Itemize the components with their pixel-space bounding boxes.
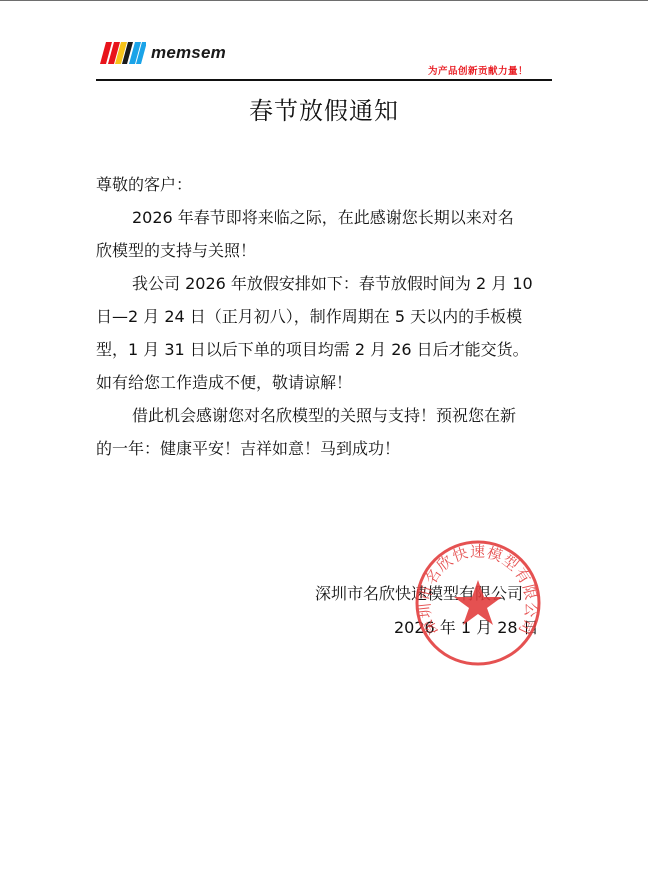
paragraph-3-line-1: 借此机会感谢您对名欣模型的关照与支持！预祝您在新 — [96, 399, 554, 432]
page-top-border — [0, 0, 648, 1]
greeting: 尊敬的客户： — [96, 168, 554, 201]
company-seal-stamp: 深圳市名欣快速模型有限公司 — [413, 538, 543, 668]
paragraph-1-line-1: 2026 年春节即将来临之际，在此感谢您长期以来对名 — [96, 201, 554, 234]
memsem-logo-icon — [100, 42, 146, 64]
logo-text: memsem — [151, 43, 226, 63]
notice-title: 春节放假通知 — [0, 91, 648, 126]
paragraph-2-line-4: 如有给您工作造成不便，敬请谅解！ — [96, 366, 554, 399]
paragraph-2-line-2: 日—2 月 24 日（正月初八），制作周期在 5 天以内的手板模 — [96, 300, 554, 333]
notice-body: 尊敬的客户： 2026 年春节即将来临之际，在此感谢您长期以来对名 欣模型的支持… — [96, 168, 554, 465]
star-icon — [454, 580, 502, 625]
paragraph-2-line-1: 我公司 2026 年放假安排如下：春节放假时间为 2 月 10 — [96, 267, 554, 300]
slogan: 为产品创新贡献力量！ — [428, 63, 528, 77]
company-logo: memsem — [100, 41, 226, 65]
header-divider — [96, 79, 552, 81]
paragraph-1-line-2: 欣模型的支持与关照！ — [96, 234, 554, 267]
paragraph-2-line-3: 型，1 月 31 日以后下单的项目均需 2 月 26 日后才能交货。 — [96, 333, 554, 366]
paragraph-3-line-2: 的一年：健康平安！吉祥如意！马到成功！ — [96, 432, 554, 465]
